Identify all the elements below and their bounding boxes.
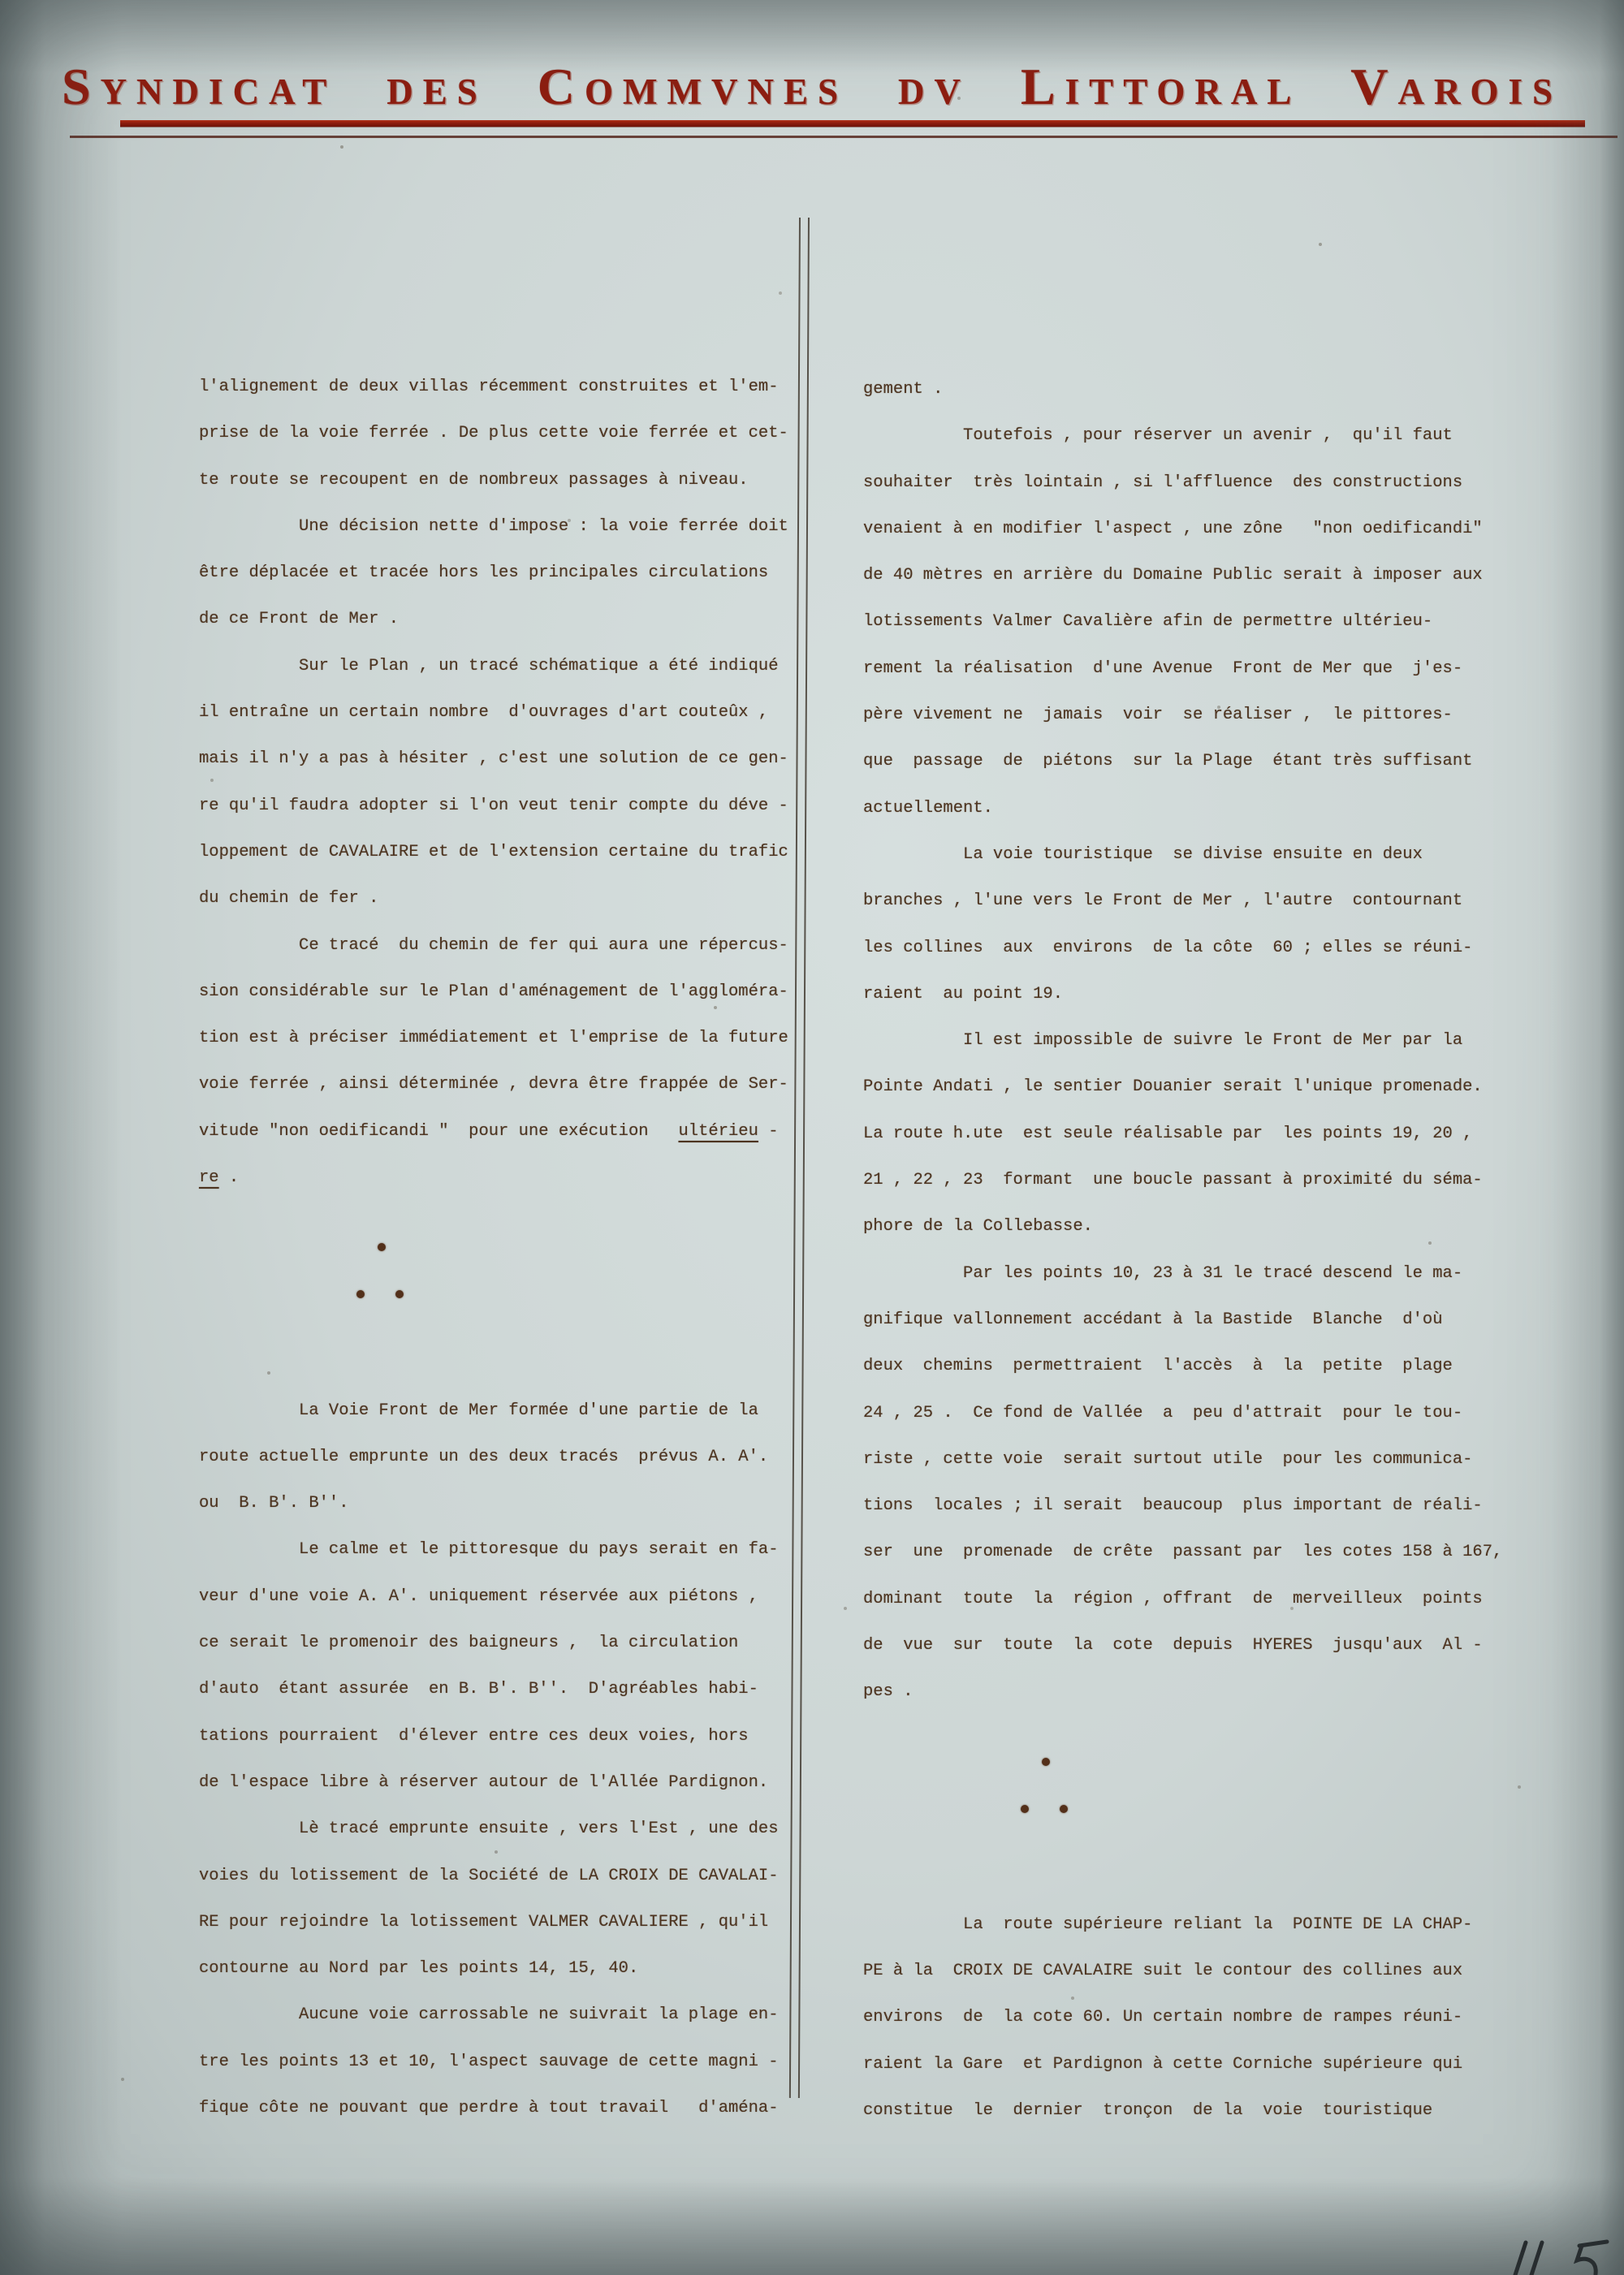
right-column: gement . Toutefois , pour réserver un av… — [863, 366, 1497, 2134]
text-line: dominant toute la région , offrant de me… — [863, 1576, 1497, 1622]
text-line: voies du lotissement de la Société de LA… — [199, 1853, 828, 1899]
text-line: souhaiter très lointain , si l'affluence… — [863, 460, 1497, 506]
dust-specks — [0, 0, 2, 2]
text-line: Par les points 10, 23 à 31 le tracé desc… — [863, 1250, 1497, 1297]
text-line: veur d'une voie A. A'. uniquement réserv… — [199, 1574, 828, 1620]
text-line: de 40 mètres en arrière du Domaine Publi… — [863, 552, 1497, 598]
text-line: gnifique vallonnement accédant à la Bast… — [863, 1297, 1497, 1343]
text-line: La route supérieure reliant la POINTE DE… — [863, 1902, 1497, 1948]
text-line: de l'espace libre à réserver autour de l… — [199, 1759, 828, 1806]
text-line: environs de la cote 60. Un certain nombr… — [863, 1994, 1497, 2040]
handwritten-page-number — [1501, 2238, 1622, 2275]
text-line: rement la réalisation d'une Avenue Front… — [863, 645, 1497, 692]
text-line: phore de la Collebasse. — [863, 1203, 1497, 1250]
separator-dot — [395, 1290, 404, 1298]
text-line: de vue sur toute la cote depuis HYERES j… — [863, 1622, 1497, 1668]
separator-dot — [356, 1290, 365, 1298]
text-line: Toutefois , pour réserver un avenir , qu… — [863, 412, 1497, 459]
text-line: tion est à préciser immédiatement et l'e… — [199, 1015, 828, 1061]
text-line: tre les points 13 et 10, l'aspect sauvag… — [199, 2039, 828, 2085]
text-line: re qu'il faudra adopter si l'on veut ten… — [199, 783, 828, 829]
text-line: route actuelle emprunte un des deux trac… — [199, 1434, 828, 1480]
text-line: Ce tracé du chemin de fer qui aura une r… — [199, 922, 828, 969]
text-line: vitude "non oedificandi " pour une exécu… — [199, 1108, 828, 1155]
text-line: les collines aux environs de la côte 60 … — [863, 925, 1497, 971]
title-rule-thick — [120, 120, 1585, 127]
text-line: d'auto étant assurée en B. B'. B''. D'ag… — [199, 1666, 828, 1712]
text-line: que passage de piétons sur la Plage étan… — [863, 738, 1497, 784]
text-line: fique côte ne pouvant que perdre à tout … — [199, 2085, 828, 2131]
text-line: tations pourraient d'élever entre ces de… — [199, 1713, 828, 1759]
text-line: ce serait le promenoir des baigneurs , l… — [199, 1620, 828, 1666]
text-line: PE à la CROIX DE CAVALAIRE suit le conto… — [863, 1948, 1497, 1994]
text-line: Le calme et le pittoresque du pays serai… — [199, 1526, 828, 1573]
text-line: Aucune voie carrossable ne suivrait la p… — [199, 1992, 828, 2038]
separator-dot — [1042, 1758, 1050, 1766]
text-line: sion considérable sur le Plan d'aménagem… — [199, 969, 828, 1015]
section-separator — [199, 1201, 828, 1387]
document-title: Syndicat des Commvnes dv Littoral Varois — [0, 57, 1624, 117]
text-line: l'alignement de deux villas récemment co… — [199, 364, 828, 410]
text-line: 21 , 22 , 23 formant une boucle passant … — [863, 1157, 1497, 1203]
text-line: raient la Gare et Pardignon à cette Corn… — [863, 2041, 1497, 2087]
text-line: être déplacée et tracée hors les princip… — [199, 550, 828, 596]
text-line: te route se recoupent en de nombreux pas… — [199, 457, 828, 503]
text-line: riste , cette voie serait surtout utile … — [863, 1436, 1497, 1483]
scanned-document-page: Syndicat des Commvnes dv Littoral Varois… — [0, 0, 1624, 2275]
text-line: actuellement. — [863, 785, 1497, 831]
section-separator — [863, 1716, 1497, 1902]
text-line: 24 , 25 . Ce fond de Vallée a peu d'attr… — [863, 1390, 1497, 1436]
text-line: raient au point 19. — [863, 971, 1497, 1017]
text-line: gement . — [863, 366, 1497, 412]
text-line: pes . — [863, 1668, 1497, 1715]
text-line: prise de la voie ferrée . De plus cette … — [199, 410, 828, 456]
text-line: loppement de CAVALAIRE et de l'extension… — [199, 829, 828, 875]
text-line: re . — [199, 1155, 828, 1201]
text-line: Il est impossible de suivre le Front de … — [863, 1017, 1497, 1064]
text-line: La Voie Front de Mer formée d'une partie… — [199, 1388, 828, 1434]
text-line: Sur le Plan , un tracé schématique a été… — [199, 643, 828, 689]
text-line: constitue le dernier tronçon de la voie … — [863, 2087, 1497, 2134]
text-line: voie ferrée , ainsi déterminée , devra ê… — [199, 1061, 828, 1107]
text-line: de ce Front de Mer . — [199, 596, 828, 642]
separator-dot — [1060, 1805, 1068, 1813]
text-line: mais il n'y a pas à hésiter , c'est une … — [199, 736, 828, 782]
text-line: il entraîne un certain nombre d'ouvrages… — [199, 689, 828, 736]
text-line: lotissements Valmer Cavalière afin de pe… — [863, 598, 1497, 645]
title-rule-thin — [70, 136, 1618, 138]
text-line: venaient à en modifier l'aspect , une zô… — [863, 506, 1497, 552]
left-column: l'alignement de deux villas récemment co… — [199, 364, 828, 2131]
text-line: père vivement ne jamais voir se réaliser… — [863, 692, 1497, 738]
text-line: La route h.ute est seule réalisable par … — [863, 1111, 1497, 1157]
text-line: ser une promenade de crête passant par l… — [863, 1529, 1497, 1575]
text-line: ou B. B'. B''. — [199, 1480, 828, 1526]
text-line: Lè tracé emprunte ensuite , vers l'Est ,… — [199, 1806, 828, 1852]
text-line: deux chemins permettraient l'accès à la … — [863, 1343, 1497, 1389]
text-line: du chemin de fer . — [199, 875, 828, 922]
text-line: La voie touristique se divise ensuite en… — [863, 831, 1497, 878]
text-line: branches , l'une vers le Front de Mer , … — [863, 878, 1497, 924]
text-line: contourne au Nord par les points 14, 15,… — [199, 1945, 828, 1992]
text-line: tions locales ; il serait beaucoup plus … — [863, 1483, 1497, 1529]
text-line: RE pour rejoindre la lotissement VALMER … — [199, 1899, 828, 1945]
separator-dot — [378, 1243, 386, 1251]
text-line: Une décision nette d'impose : la voie fe… — [199, 503, 828, 550]
separator-dot — [1021, 1805, 1029, 1813]
text-line: Pointe Andati , le sentier Douanier sera… — [863, 1064, 1497, 1110]
